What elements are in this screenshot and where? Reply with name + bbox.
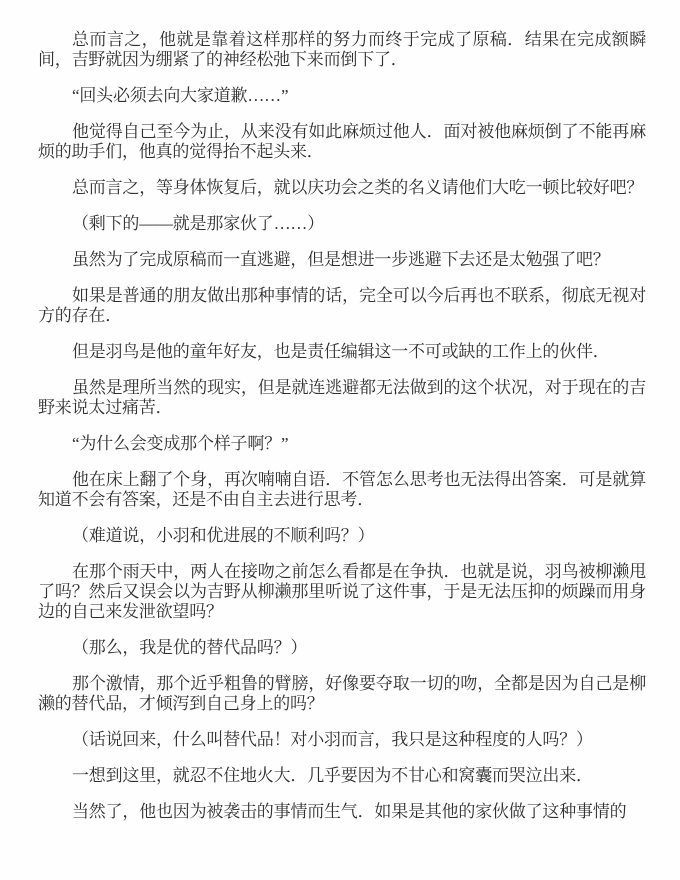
paragraph: 他在床上翻了个身，再次喃喃自语．不管怎么思考也无法得出答案．可是就算知道不会有答… — [38, 470, 646, 510]
novel-text-page: 总而言之，他就是靠着这样那样的努力而终于完成了原稿．结果在完成额瞬间，吉野就因为… — [0, 0, 680, 880]
paragraph: 总而言之，他就是靠着这样那样的努力而终于完成了原稿．结果在完成额瞬间，吉野就因为… — [38, 30, 646, 70]
paragraph: 那个激情，那个近乎粗鲁的臂膀，好像要夺取一切的吻，全都是因为自己是柳濑的替代品，… — [38, 674, 646, 714]
paragraph: 如果是普通的朋友做出那种事情的话，完全可以今后再也不联系，彻底无视对方的存在． — [38, 286, 646, 326]
paragraph-thought: （那么，我是优的替代品吗？） — [38, 638, 646, 658]
paragraph-quote: “为什么会变成那个样子啊？” — [38, 434, 646, 454]
paragraph-quote: “回头必须去向大家道歉……” — [38, 86, 646, 106]
paragraph: 他觉得自己至今为止，从来没有如此麻烦过他人．面对被他麻烦倒了不能再麻烦的助手们，… — [38, 122, 646, 162]
paragraph: 但是羽鸟是他的童年好友，也是责任编辑这一不可或缺的工作上的伙伴． — [38, 342, 646, 362]
paragraph-thought: （剩下的——就是那家伙了……） — [38, 214, 646, 234]
paragraph-thought: （难道说，小羽和优进展的不顺利吗？） — [38, 526, 646, 546]
paragraph: 虽然为了完成原稿而一直逃避，但是想进一步逃避下去还是太勉强了吧？ — [38, 250, 646, 270]
paragraph-thought: （话说回来，什么叫替代品！对小羽而言，我只是这种程度的人吗？） — [38, 730, 646, 750]
paragraph: 在那个雨天中，两人在接吻之前怎么看都是在争执．也就是说，羽鸟被柳濑甩了吗？然后又… — [38, 562, 646, 622]
paragraph: 虽然是理所当然的现实，但是就连逃避都无法做到的这个状况，对于现在的吉野来说太过痛… — [38, 378, 646, 418]
paragraph: 当然了，他也因为被袭击的事情而生气．如果是其他的家伙做了这种事情的 — [38, 802, 646, 822]
paragraph: 总而言之，等身体恢复后，就以庆功会之类的名义请他们大吃一顿比较好吧？ — [38, 178, 646, 198]
paragraph: 一想到这里，就忍不住地火大．几乎要因为不甘心和窝囊而哭泣出来． — [38, 766, 646, 786]
